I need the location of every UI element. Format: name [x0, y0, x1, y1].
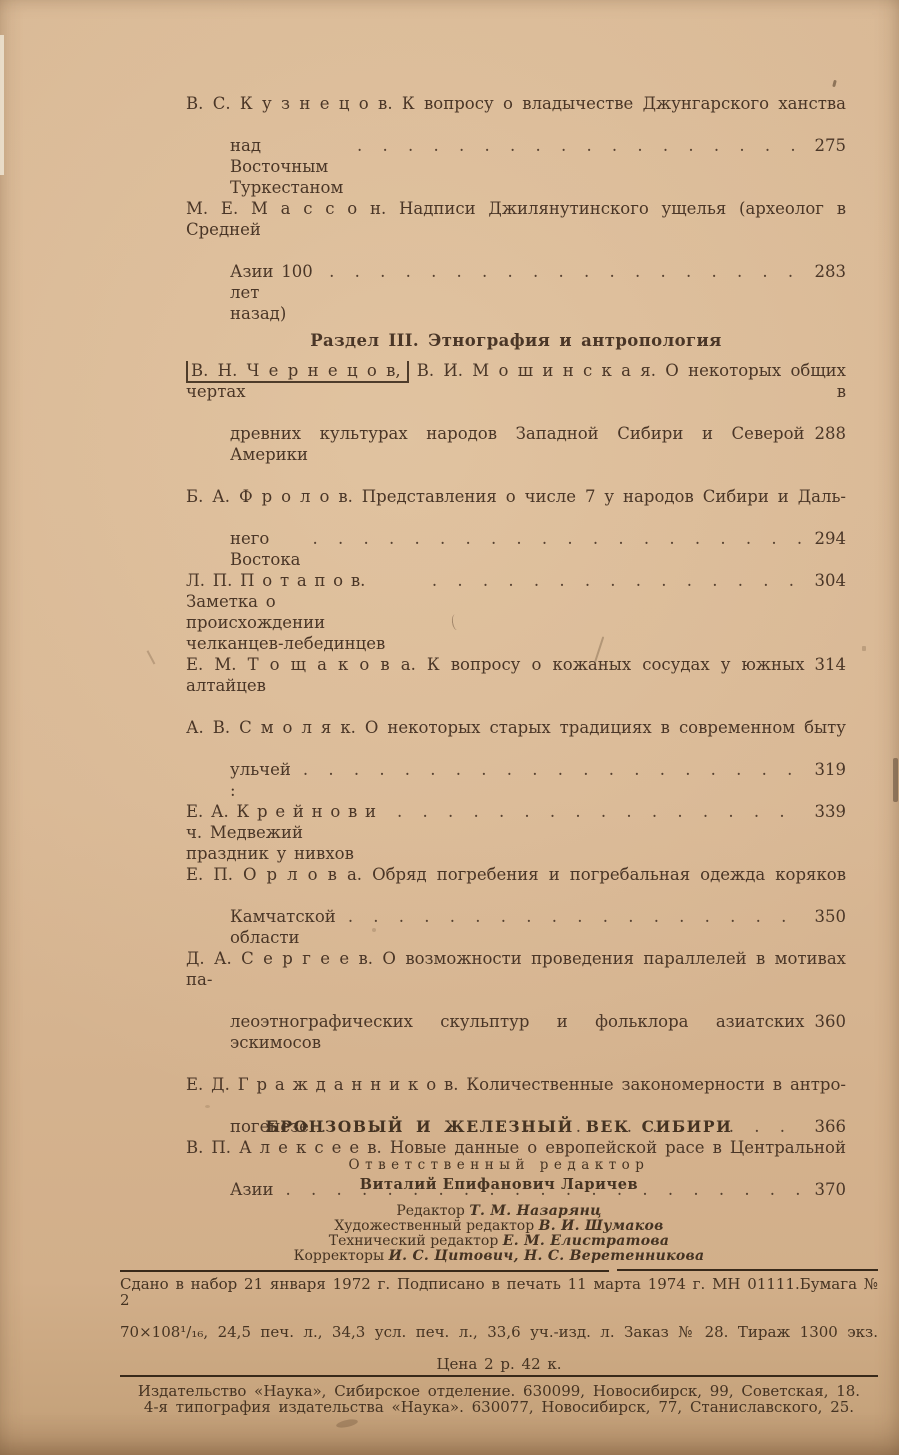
toc-line: ульчей :. . . . . . . . . . . . . . . . … [230, 759, 846, 801]
publisher-line: 4-я типография издательства «Наука». 630… [120, 1399, 878, 1415]
toc-page-number: 319 [815, 759, 847, 780]
paper-speck [862, 646, 866, 651]
toc-line: Е. П. О р л о в а. Обряд погребения и по… [186, 864, 846, 906]
editor-line: Технический редактор Е. М. Елистратова [120, 1234, 878, 1249]
rule-segment-right [617, 1269, 878, 1271]
toc-line: А. В. С м о л я к. О некоторых старых тр… [186, 717, 846, 759]
toc-line: Б. А. Ф р о л о в. Представления о числе… [186, 486, 846, 528]
toc-entry-text: ульчей : [230, 759, 291, 801]
toc-entry-text: В. С. К у з н е ц о в. К вопросу о влады… [186, 94, 846, 113]
toc-page-number: 294 [815, 528, 847, 549]
section-heading: Раздел III. Этнография и антропология [186, 331, 846, 350]
toc-entry-text: М. Е. М а с с о н. Надписи Джилянутинско… [186, 199, 846, 239]
toc-line: Е. А. К р е й н о в и ч. Медвежий праздн… [186, 801, 846, 864]
dot-leader: . . . . . . . . . . . . . . . . . . . . … [329, 261, 802, 282]
toc-entry-text: Е. А. К р е й н о в и ч. Медвежий праздн… [186, 801, 385, 864]
editor-line: Редактор Т. М. Назарянц [120, 1204, 878, 1219]
toc-line: над Восточным Туркестаном. . . . . . . .… [230, 135, 846, 198]
scanned-book-page: В. С. К у з н е ц о в. К вопросу о влады… [0, 0, 899, 1455]
editor-role: Редактор [396, 1203, 465, 1219]
book-title: БРОНЗОВЫЙ И ЖЕЛЕЗНЫЙ ВЕК СИБИРИ [120, 1118, 878, 1136]
editor-name: Е. М. Елистратова [503, 1233, 669, 1249]
responsible-editor-name: Виталий Епифанович Ларичев [120, 1177, 878, 1193]
imprint-block: Сдано в набор 21 января 1972 г. Подписан… [120, 1276, 878, 1372]
editor-role: Корректоры [294, 1248, 385, 1264]
toc-page-number: 288 [815, 423, 847, 444]
paper-speck [336, 1418, 359, 1429]
scan-edge-artifact [0, 35, 4, 175]
toc-line: В. С. К у з н е ц о в. К вопросу о влады… [186, 93, 846, 135]
rule-segment-left [120, 1270, 609, 1272]
toc-line: 314Е. М. Т о щ а к о в а. К вопросу о ко… [186, 654, 846, 717]
toc-page-number: 275 [815, 135, 847, 156]
toc-entry-text: Д. А. С е р г е е в. О возможности прове… [186, 949, 846, 989]
paper-speck [832, 80, 837, 88]
imprint-line: 70×108¹/₁₆, 24,5 печ. л., 34,3 усл. печ.… [120, 1324, 878, 1356]
editor-name: Т. М. Назарянц [469, 1203, 601, 1219]
dot-leader: . . . . . . . . . . . . . . . . . . . . … [313, 528, 803, 549]
toc-entry-text: Е. П. О р л о в а. Обряд погребения и по… [186, 865, 846, 884]
toc-entry-text: древних культурах народов Западной Сибир… [230, 424, 805, 464]
toc-line: Л. П. П о т а п о в. Заметка о происхожд… [186, 570, 846, 654]
toc-entry-text: над Восточным Туркестаном [230, 135, 345, 198]
dot-leader: . . . . . . . . . . . . . . . . . . . . … [348, 906, 803, 927]
editor-role: Художественный редактор [334, 1218, 534, 1234]
publisher-line: Издательство «Наука», Сибирское отделени… [120, 1383, 878, 1399]
toc-page-number: 360 [815, 1011, 847, 1032]
paper-speck [893, 758, 898, 802]
table-of-contents: В. С. К у з н е ц о в. К вопросу о влады… [186, 93, 846, 1200]
toc-line: Д. А. С е р г е е в. О возможности прове… [186, 948, 846, 1011]
toc-entry-text: Камчатской области [230, 906, 336, 948]
toc-page-number: 350 [815, 906, 847, 927]
divider-rule-bottom [120, 1375, 878, 1377]
responsible-editor-label: Ответственный редактор [120, 1158, 878, 1173]
publisher-block: Издательство «Наука», Сибирское отделени… [120, 1383, 878, 1415]
editor-name: И. С. Цитович, Н. С. Веретенникова [389, 1248, 705, 1264]
editor-line: Корректоры И. С. Цитович, Н. С. Веретенн… [120, 1249, 878, 1264]
toc-line: Азии 100 лет назад). . . . . . . . . . .… [230, 261, 846, 324]
toc-entry-text: Азии 100 лет назад) [230, 261, 317, 324]
toc-entry-text: Е. М. Т о щ а к о в а. К вопросу о кожан… [186, 655, 805, 695]
editors-block: Редактор Т. М. НазарянцХудожественный ре… [120, 1204, 878, 1264]
toc-page-number: 314 [815, 654, 847, 675]
toc-line: В. Н. Ч е р н е ц о в,В. И. М о ш и н с … [186, 360, 846, 423]
divider-rule-top [120, 1269, 878, 1272]
toc-entry-text: А. В. С м о л я к. О некоторых старых тр… [186, 718, 846, 737]
editor-name: В. И. Шумаков [539, 1218, 664, 1234]
deceased-name-box: В. Н. Ч е р н е ц о в, [186, 361, 409, 383]
toc-line: 360леоэтнографических скульптур и фолькл… [230, 1011, 846, 1074]
paper-speck [205, 1105, 210, 1108]
dot-leader: . . . . . . . . . . . . . . . . . . . . … [432, 570, 803, 591]
toc-page-number: 283 [815, 261, 847, 282]
toc-page-number: 339 [815, 801, 847, 822]
toc-entry-text: Л. П. П о т а п о в. Заметка о происхожд… [186, 570, 420, 654]
paper-speck [147, 651, 155, 665]
toc-line: М. Е. М а с с о н. Надписи Джилянутинско… [186, 198, 846, 261]
toc-line: него Востока. . . . . . . . . . . . . . … [230, 528, 846, 570]
editor-role: Технический редактор [329, 1233, 499, 1249]
toc-entry-text: него Востока [230, 528, 301, 570]
toc-page-number: 304 [815, 570, 847, 591]
paper-speck [372, 928, 376, 932]
imprint-line: Сдано в набор 21 января 1972 г. Подписан… [120, 1276, 878, 1324]
dot-leader: . . . . . . . . . . . . . . . . . . . . … [303, 759, 803, 780]
toc-line: 288древних культурах народов Западной Си… [230, 423, 846, 486]
toc-entry-text: Б. А. Ф р о л о в. Представления о числе… [186, 487, 846, 506]
colophon: БРОНЗОВЫЙ И ЖЕЛЕЗНЫЙ ВЕК СИБИРИ Ответств… [120, 1118, 878, 1415]
toc-entry-text: Е. Д. Г р а ж д а н н и к о в. Количеств… [186, 1075, 846, 1094]
dot-leader: . . . . . . . . . . . . . . . . . . . . … [397, 801, 803, 822]
toc-line: Камчатской области. . . . . . . . . . . … [230, 906, 846, 948]
editor-line: Художественный редактор В. И. Шумаков [120, 1219, 878, 1234]
price-line: Цена 2 р. 42 к. [120, 1356, 878, 1372]
toc-entry-text: леоэтнографических скульптур и фольклора… [230, 1012, 805, 1052]
dot-leader: . . . . . . . . . . . . . . . . . . . . … [357, 135, 802, 156]
toc-line: Е. Д. Г р а ж д а н н и к о в. Количеств… [186, 1074, 846, 1116]
